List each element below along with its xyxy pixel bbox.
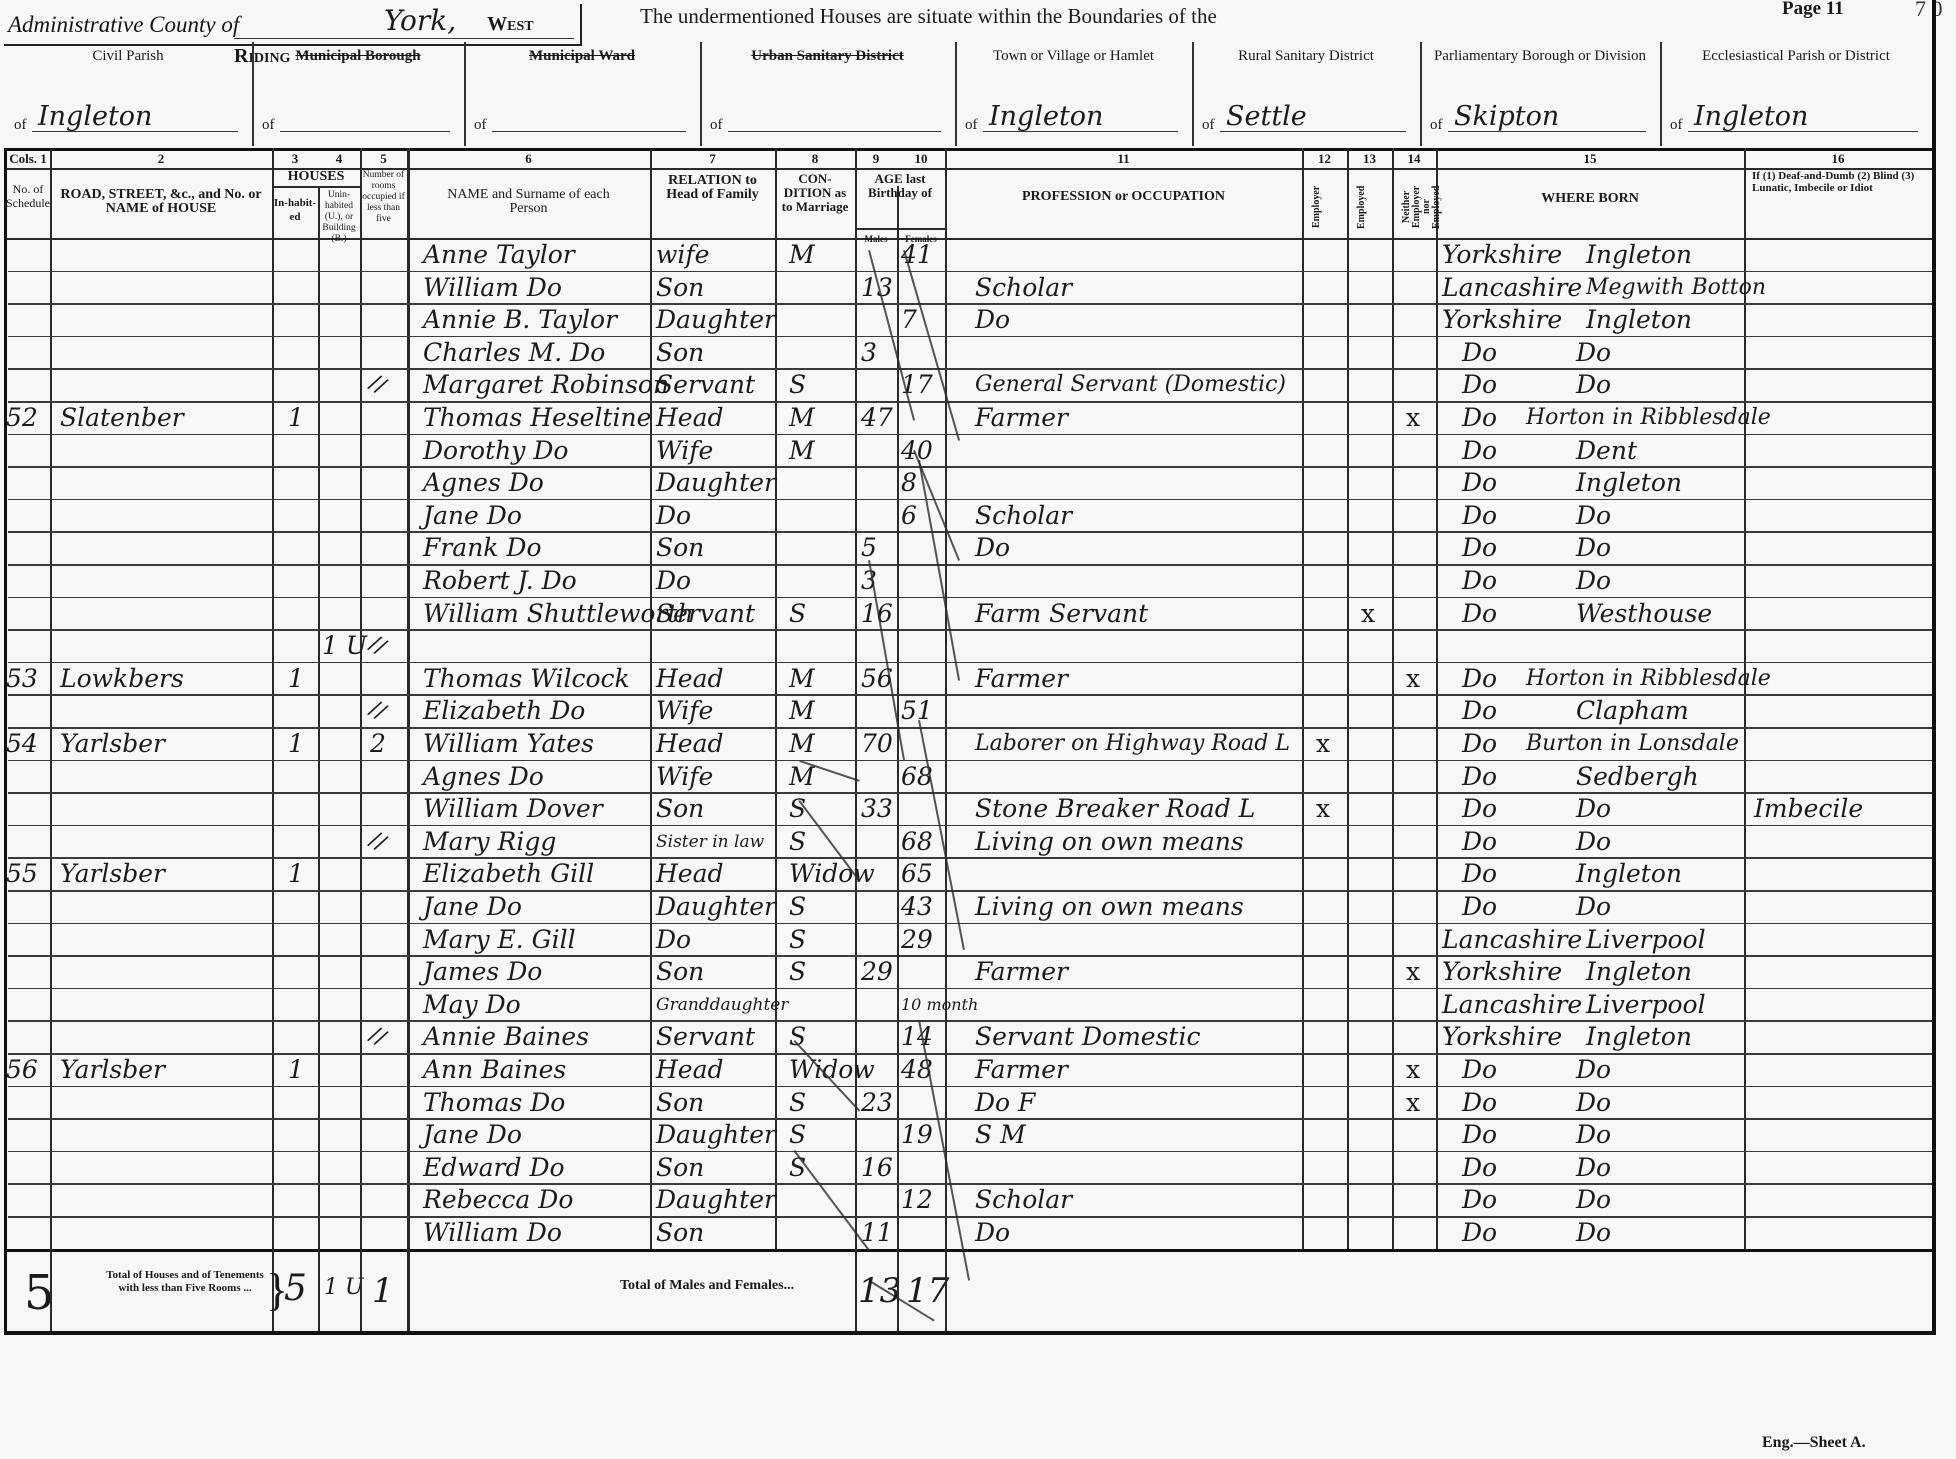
admin-county-value: York, West Riding <box>234 4 574 39</box>
admin-county-box: Administrative County of York, West Ridi… <box>4 4 582 46</box>
row-condition: M <box>789 664 815 694</box>
row-condition: S <box>789 827 806 857</box>
row-condition: S <box>789 957 806 987</box>
column-number: 2 <box>50 151 272 167</box>
header-condition: CON-DITION as to Marriage <box>775 172 855 214</box>
row-relation: Sister in law <box>656 827 764 857</box>
district-label: Parliamentary Borough or Division <box>1420 48 1660 64</box>
row-inhabited: 1 <box>288 664 304 694</box>
row-occupation: Do <box>975 533 1010 563</box>
table-row: 55Yarlsber1Elizabeth GillHeadWidow65DoIn… <box>0 857 1932 890</box>
row-occupation: Servant Domestic <box>975 1022 1200 1052</box>
row-schedule: 52 <box>6 403 38 433</box>
row-road: Yarlsber <box>60 729 165 759</box>
row-name: Jane Do <box>423 892 522 922</box>
row-occupation: Farmer <box>975 403 1068 433</box>
row-occupation: Do F <box>975 1088 1035 1118</box>
row-born-county: Do <box>1462 827 1497 857</box>
district-value: Settle <box>1220 101 1406 132</box>
row-name: Rebecca Do <box>423 1185 573 1215</box>
row-born-county: Do <box>1462 436 1497 466</box>
table-row: 52Slatenber1Thomas HeseltineHeadM47Farme… <box>0 401 1932 434</box>
row-male-age: 16 <box>861 1153 893 1183</box>
row-condition: M <box>789 436 815 466</box>
row-relation: Son <box>656 1088 704 1118</box>
row-schedule: 55 <box>6 859 38 889</box>
row-born-place: Clapham <box>1576 696 1689 726</box>
row-female-age: 43 <box>901 892 933 922</box>
table-row: Dorothy DoWifeM40DoDent <box>0 434 1932 467</box>
table-row: William DoverSonS33Stone Breaker Road Lx… <box>0 792 1932 825</box>
district-town-or-village-or-hamlet: Town or Village or HamletofIngleton <box>955 42 1194 146</box>
row-condition: S <box>789 370 806 400</box>
of-label: of <box>1202 117 1215 134</box>
row-born-county: Lancashire <box>1442 273 1582 303</box>
total-divider <box>855 1249 857 1331</box>
row-rooms: 2 <box>370 729 386 759</box>
row-relation: Head <box>656 859 724 889</box>
header-schedule: No. of Schedule <box>6 182 50 210</box>
row-relation: Head <box>656 403 724 433</box>
row-male-age: 5 <box>861 533 877 563</box>
district-value <box>728 101 941 132</box>
row-born-county: Yorkshire <box>1442 1022 1562 1052</box>
row-name: Thomas Heseltine <box>423 403 651 433</box>
of-label: of <box>1430 117 1443 134</box>
row-born-county: Do <box>1462 729 1497 759</box>
row-name: Elizabeth Do <box>423 696 585 726</box>
table-row: William DoSon13ScholarLancashireMegwith … <box>0 271 1932 304</box>
row-name: Ann Baines <box>423 1055 566 1085</box>
row-born-place: Ingleton <box>1576 468 1682 498</box>
district-label: Urban Sanitary District <box>700 48 955 64</box>
row-female-age: 10 month <box>901 990 978 1020</box>
row-born-place: Do <box>1576 370 1611 400</box>
district-rural-sanitary-district: Rural Sanitary DistrictofSettle <box>1192 42 1422 146</box>
row-occupation: Do <box>975 1218 1010 1248</box>
row-born-county: Do <box>1462 1120 1497 1150</box>
row-occupation: Living on own means <box>975 892 1244 922</box>
table-row: //Mary RiggSister in lawS68Living on own… <box>0 825 1932 858</box>
row-born-county: Do <box>1462 1088 1497 1118</box>
row-born-county: Do <box>1462 501 1497 531</box>
row-born-county: Do <box>1462 892 1497 922</box>
row-name: Margaret Robinson <box>423 370 669 400</box>
row-born-place: Do <box>1576 1218 1611 1248</box>
row-female-age: 12 <box>901 1185 933 1215</box>
district-value <box>492 101 686 132</box>
row-born-county: Do <box>1462 1153 1497 1183</box>
brace-mark: } <box>266 1265 288 1315</box>
row-relation: Son <box>656 794 704 824</box>
row-condition: S <box>789 599 806 629</box>
grid-bottom-border <box>4 1331 1934 1335</box>
page-number: Page 11 <box>1782 0 1844 20</box>
row-born-county: Do <box>1462 762 1497 792</box>
row-born-place: Do <box>1576 1153 1611 1183</box>
row-name: William Do <box>423 1218 562 1248</box>
district-value: Ingleton <box>1688 101 1918 132</box>
column-number: 11 <box>945 151 1302 167</box>
row-relation: Do <box>656 566 691 596</box>
row-female-age: 6 <box>901 501 917 531</box>
column-number: 8 <box>775 151 855 167</box>
row-name: Thomas Wilcock <box>423 664 630 694</box>
row-name: Mary E. Gill <box>423 925 576 955</box>
row-relation: Servant <box>656 599 755 629</box>
row-infirmity: Imbecile <box>1754 794 1863 824</box>
row-relation: Son <box>656 533 704 563</box>
table-row: //Elizabeth DoWifeM51DoClapham <box>0 694 1932 727</box>
row-employer: x <box>1316 729 1330 759</box>
row-occupation: Farmer <box>975 664 1068 694</box>
row-name: Anne Taylor <box>423 240 575 270</box>
row-name: Annie Baines <box>423 1022 589 1052</box>
table-row: 56Yarlsber1Ann BainesHeadWidow48FarmerxD… <box>0 1053 1932 1086</box>
corner-fragment: 7 0 <box>1915 0 1943 22</box>
of-label: of <box>1670 117 1683 134</box>
row-relation: Daughter <box>656 892 776 922</box>
admin-county-name: York, <box>384 4 456 37</box>
row-schedule: 54 <box>6 729 38 759</box>
row-condition: M <box>789 240 815 270</box>
row-born-place: Do <box>1576 1055 1611 1085</box>
column-number: 7 <box>650 151 775 167</box>
district-label: Town or Village or Hamlet <box>955 48 1192 64</box>
row-road: Yarlsber <box>60 859 165 889</box>
row-rooms: // <box>363 1021 391 1054</box>
column-number: 4 <box>318 151 360 167</box>
table-row: Robert J. DoDo3DoDo <box>0 564 1932 597</box>
row-born-county: Lancashire <box>1442 990 1582 1020</box>
row-born-county: Do <box>1462 1218 1497 1248</box>
row-born-county: Yorkshire <box>1442 240 1562 270</box>
row-name: Annie B. Taylor <box>423 305 617 335</box>
row-condition: M <box>789 729 815 759</box>
row-name: Dorothy Do <box>423 436 568 466</box>
header-rooms: Number of rooms occupied if less than fi… <box>360 170 407 225</box>
row-name: William Dover <box>423 794 603 824</box>
header-infirmity: If (1) Deaf-and-Dumb (2) Blind (3) Lunat… <box>1752 170 1930 194</box>
admin-county-label: Administrative County of <box>8 12 239 38</box>
sheet-label: Eng.—Sheet A. <box>1762 1434 1866 1452</box>
row-born-place: Do <box>1576 892 1611 922</box>
row-relation: Do <box>656 501 691 531</box>
row-born-place: Megwith Botton <box>1586 273 1766 303</box>
row-female-age: 65 <box>901 859 933 889</box>
row-condition: S <box>789 925 806 955</box>
total-uninhabited: 1 U <box>324 1273 364 1303</box>
row-relation: Son <box>656 957 704 987</box>
age-subline <box>855 228 945 230</box>
row-relation: Son <box>656 1153 704 1183</box>
row-condition: M <box>789 762 815 792</box>
row-occupation: Farm Servant <box>975 599 1148 629</box>
header-road: ROAD, STREET, &c., and No. or NAME of HO… <box>50 188 272 216</box>
row-neither: x <box>1406 664 1420 694</box>
row-born-county: Do <box>1462 696 1497 726</box>
table-row: Rebecca DoDaughter12ScholarDoDo <box>0 1183 1932 1216</box>
row-relation: Son <box>656 338 704 368</box>
row-condition: S <box>789 1120 806 1150</box>
row-relation: Granddaughter <box>656 990 789 1020</box>
row-relation: wife <box>656 240 709 270</box>
row-condition: S <box>789 892 806 922</box>
row-born-county: Do <box>1462 370 1497 400</box>
row-neither: x <box>1406 403 1420 433</box>
row-born-county: Lancashire <box>1442 925 1582 955</box>
row-occupation: S M <box>975 1120 1026 1150</box>
row-female-age: 51 <box>901 696 933 726</box>
row-uninhabited: 1 U <box>322 631 367 661</box>
row-rooms: // <box>363 825 391 858</box>
row-born-county: Do <box>1462 599 1497 629</box>
row-born-place: Ingleton <box>1576 859 1682 889</box>
of-label: of <box>262 117 275 134</box>
district-label: Civil Parish <box>4 48 252 64</box>
district-civil-parish: Civil ParishofIngleton <box>4 42 254 146</box>
table-row: Thomas DoSonS23Do FxDoDo <box>0 1086 1932 1119</box>
district-urban-sanitary-district: Urban Sanitary Districtof <box>700 42 957 146</box>
table-row: Anne TaylorwifeM41YorkshireIngleton <box>0 238 1932 271</box>
column-number: 12 <box>1302 151 1347 167</box>
row-relation: Do <box>656 925 691 955</box>
row-inhabited: 1 <box>288 1055 304 1085</box>
row-rooms: // <box>363 695 391 728</box>
row-relation: Son <box>656 273 704 303</box>
table-row: May DoGranddaughter10 monthLancashireLiv… <box>0 988 1932 1021</box>
district-value: Ingleton <box>983 101 1178 132</box>
table-row: 1 U// <box>0 629 1932 662</box>
total-divider <box>50 1249 52 1331</box>
row-neither: x <box>1406 957 1420 987</box>
row-born-place: Ingleton <box>1586 957 1692 987</box>
row-born-county: Do <box>1462 1055 1497 1085</box>
district-label: Municipal Borough <box>252 48 464 64</box>
row-name: James Do <box>423 957 542 987</box>
row-female-age: 7 <box>901 305 917 335</box>
row-name: Charles M. Do <box>423 338 605 368</box>
row-occupation: Scholar <box>975 501 1072 531</box>
row-name: Thomas Do <box>423 1088 565 1118</box>
right-border <box>1932 0 1936 1335</box>
row-female-age: 8 <box>901 468 917 498</box>
header-where-born: WHERE BORN <box>1436 192 1744 206</box>
row-occupation: Farmer <box>975 957 1068 987</box>
row-occupation: Scholar <box>975 1185 1072 1215</box>
row-relation: Servant <box>656 370 755 400</box>
table-row: 53Lowkbers1Thomas WilcockHeadM56FarmerxD… <box>0 662 1932 695</box>
row-name: Frank Do <box>423 533 542 563</box>
row-born-place: Ingleton <box>1586 240 1692 270</box>
row-name: Mary Rigg <box>423 827 556 857</box>
header-occupation: PROFESSION or OCCUPATION <box>945 190 1302 204</box>
row-name: Agnes Do <box>423 762 544 792</box>
row-male-age: 3 <box>861 338 877 368</box>
row-employer: x <box>1316 794 1330 824</box>
row-inhabited: 1 <box>288 729 304 759</box>
row-born-place: Do <box>1576 1185 1611 1215</box>
row-neither: x <box>1406 1088 1420 1118</box>
table-row: William DoSon11DoDoDo <box>0 1216 1932 1249</box>
row-relation: Head <box>656 1055 724 1085</box>
row-inhabited: 1 <box>288 859 304 889</box>
total-divider <box>360 1249 362 1331</box>
column-number: Cols. 1 <box>6 151 50 167</box>
houses-subline <box>272 186 360 188</box>
row-rooms: // <box>363 369 391 402</box>
row-relation: Daughter <box>656 468 776 498</box>
district-label: Municipal Ward <box>464 48 700 64</box>
row-born-place: Sedbergh <box>1576 762 1699 792</box>
row-name: Robert J. Do <box>423 566 577 596</box>
row-born-county: Do <box>1462 403 1497 433</box>
row-male-age: 70 <box>861 729 893 759</box>
body-bottom-line <box>4 1249 1934 1252</box>
row-road: Slatenber <box>60 403 184 433</box>
row-born-place: Liverpool <box>1586 990 1706 1020</box>
header-inhabited: In-habit-ed <box>272 196 318 224</box>
column-number: 3 <box>272 151 318 167</box>
row-road: Lowkbers <box>60 664 184 694</box>
row-born-place: Do <box>1576 338 1611 368</box>
row-condition: M <box>789 696 815 726</box>
of-label: of <box>965 117 978 134</box>
table-row: Frank DoSon5DoDoDo <box>0 531 1932 564</box>
row-born-place: Do <box>1576 501 1611 531</box>
column-number: 9 <box>855 151 897 167</box>
row-occupation: Do <box>975 305 1010 335</box>
row-female-age: 19 <box>901 1120 933 1150</box>
census-page: Administrative County of York, West Ridi… <box>0 0 1956 1459</box>
row-born-county: Do <box>1462 533 1497 563</box>
table-row: James DoSonS29FarmerxYorkshireIngleton <box>0 955 1932 988</box>
column-number: 5 <box>360 151 407 167</box>
row-born-county: Do <box>1462 794 1497 824</box>
row-condition: Widow <box>789 859 875 889</box>
row-schedule: 56 <box>6 1055 38 1085</box>
row-born-county: Yorkshire <box>1442 305 1562 335</box>
row-inhabited: 1 <box>288 403 304 433</box>
row-born-place: Burton in Lonsdale <box>1526 729 1739 759</box>
table-row: 54Yarlsber12William YatesHeadM70Laborer … <box>0 727 1932 760</box>
total-divider <box>897 1249 899 1331</box>
row-male-age: 23 <box>861 1088 893 1118</box>
row-born-place: Do <box>1576 1120 1611 1150</box>
row-name: Jane Do <box>423 501 522 531</box>
row-name: Elizabeth Gill <box>423 859 594 889</box>
row-condition: M <box>789 403 815 433</box>
header-neither: Neither Employer nor Employed <box>1402 178 1458 236</box>
row-employed: x <box>1361 599 1375 629</box>
row-occupation: Stone Breaker Road L <box>975 794 1255 824</box>
header-houses: HOUSES <box>272 170 360 184</box>
total-divider <box>318 1249 320 1331</box>
row-male-age: 47 <box>861 403 893 433</box>
header-uninhabited: Unin-habited (U.), or Building (B.) <box>318 190 360 245</box>
row-relation: Servant <box>656 1022 755 1052</box>
header-relation: RELATION to Head of Family <box>650 174 775 202</box>
table-row: Edward DoSonS16DoDo <box>0 1151 1932 1184</box>
district-label: Ecclesiastical Parish or District <box>1660 48 1932 64</box>
boundary-statement: The undermentioned Houses are situate wi… <box>640 4 1217 29</box>
row-road: Yarlsber <box>60 1055 165 1085</box>
district-municipal-borough: Municipal Boroughof <box>252 42 466 146</box>
total-divider <box>407 1249 409 1331</box>
total-females: 17 <box>906 1271 949 1311</box>
row-born-county: Do <box>1462 468 1497 498</box>
column-number: 15 <box>1436 151 1744 167</box>
row-relation: Wife <box>656 762 713 792</box>
row-condition: S <box>789 1022 806 1052</box>
row-relation: Wife <box>656 436 713 466</box>
row-female-age: 29 <box>901 925 933 955</box>
row-occupation: Farmer <box>975 1055 1068 1085</box>
district-label: Rural Sanitary District <box>1192 48 1420 64</box>
total-divider <box>945 1249 947 1331</box>
row-male-age: 29 <box>861 957 893 987</box>
row-born-place: Do <box>1576 794 1611 824</box>
row-born-county: Do <box>1462 338 1497 368</box>
total-persons-label: Total of Males and Females... <box>620 1279 860 1293</box>
row-relation: Daughter <box>656 305 776 335</box>
of-label: of <box>710 117 723 134</box>
column-number: 14 <box>1392 151 1436 167</box>
row-rooms: // <box>363 629 391 662</box>
row-neither: x <box>1406 1055 1420 1085</box>
table-row: Annie B. TaylorDaughter7DoYorkshireIngle… <box>0 303 1932 336</box>
district-municipal-ward: Municipal Wardof <box>464 42 702 146</box>
row-name: William Shuttleworth <box>423 599 694 629</box>
row-name: William Yates <box>423 729 594 759</box>
table-row: Jane DoDo6ScholarDoDo <box>0 499 1932 532</box>
row-born-place: Do <box>1576 827 1611 857</box>
row-born-place: Ingleton <box>1586 305 1692 335</box>
row-born-county: Yorkshire <box>1442 957 1562 987</box>
district-parliamentary-borough-or-division: Parliamentary Borough or DivisionofSkipt… <box>1420 42 1662 146</box>
table-row: Agnes DoWifeM68DoSedbergh <box>0 760 1932 793</box>
row-born-county: Do <box>1462 1185 1497 1215</box>
row-occupation: Laborer on Highway Road L <box>975 729 1290 759</box>
row-born-place: Do <box>1576 1088 1611 1118</box>
row-born-place: Horton in Ribblesdale <box>1526 403 1771 433</box>
district-value: Skipton <box>1448 101 1646 132</box>
row-name: Jane Do <box>423 1120 522 1150</box>
row-relation: Head <box>656 664 724 694</box>
row-name: Edward Do <box>423 1153 565 1183</box>
row-name: May Do <box>423 990 521 1020</box>
total-houses-label: Total of Houses and of Tenements with le… <box>100 1269 270 1295</box>
total-rooms: 1 <box>372 1271 394 1311</box>
row-name: Agnes Do <box>423 468 544 498</box>
row-born-place: Dent <box>1576 436 1637 466</box>
total-males: 13 <box>858 1271 901 1311</box>
table-row: Jane DoDaughterS43Living on own meansDoD… <box>0 890 1932 923</box>
table-row: //Annie BainesServantS14Servant Domestic… <box>0 1020 1932 1053</box>
column-number: 13 <box>1347 151 1392 167</box>
row-female-age: 68 <box>901 827 933 857</box>
row-relation: Son <box>656 1218 704 1248</box>
row-schedule: 53 <box>6 664 38 694</box>
table-row: Agnes DoDaughter8DoIngleton <box>0 466 1932 499</box>
table-row: William ShuttleworthServantS16Farm Serva… <box>0 597 1932 630</box>
table-row: Jane DoDaughterS19S MDoDo <box>0 1118 1932 1151</box>
row-name: William Do <box>423 273 562 303</box>
row-born-county: Do <box>1462 664 1497 694</box>
row-born-place: Do <box>1576 533 1611 563</box>
row-born-place: Do <box>1576 566 1611 596</box>
column-number: 16 <box>1744 151 1932 167</box>
